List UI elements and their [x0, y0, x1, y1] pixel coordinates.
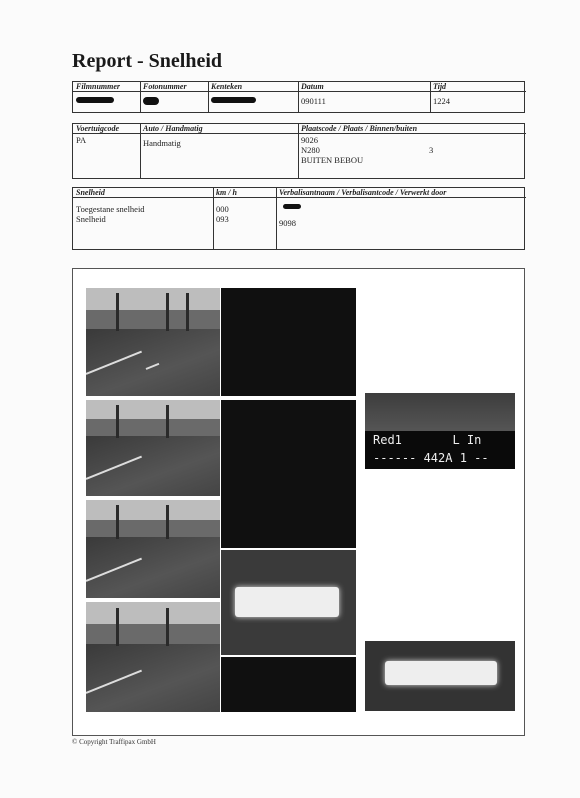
header-kenteken: Kenteken	[208, 82, 242, 92]
copyright: © Copyright Traffipax GmbH	[72, 738, 156, 746]
plate-crop-2	[365, 641, 515, 711]
license-plate-1	[235, 587, 339, 617]
vehicle-location-table: Voertuigcode Auto / Handmatig Plaatscode…	[72, 123, 525, 179]
plate-crop-1	[221, 550, 356, 655]
kenteken-redacted	[208, 94, 256, 105]
header-auto-handmatig: Auto / Handmatig	[140, 124, 203, 134]
speed-label: Snelheid	[73, 214, 106, 224]
plaatscode-value: 9026	[298, 135, 318, 145]
camera-photo-2	[86, 400, 220, 496]
tijd-value: 1224	[430, 96, 450, 106]
film-info-table: Filmnummer Fotonummer Kenteken Datum Tij…	[72, 81, 525, 113]
binnen-buiten-value: BUITEN BEBOU	[298, 155, 363, 165]
camera-photo-4	[86, 602, 220, 712]
fotonummer-redacted	[140, 94, 159, 107]
dark-frame-3	[221, 657, 356, 712]
filmnummer-redacted	[73, 94, 114, 105]
header-datum: Datum	[298, 82, 324, 92]
dark-frame-1	[221, 288, 356, 396]
plaats-extra-value: 3	[426, 145, 433, 155]
page-title: Report - Snelheid	[72, 50, 222, 73]
camera-photo-1	[86, 288, 220, 396]
header-verbalisant: Verbalisantnaam / Verbalisantcode / Verw…	[276, 188, 446, 198]
camera-photo-3	[86, 500, 220, 598]
datum-value: 090111	[298, 96, 326, 106]
auto-handmatig-value: Handmatig	[140, 138, 181, 148]
ocr-line-1: Red1 L In	[373, 431, 515, 449]
header-kmh: km / h	[213, 188, 237, 198]
allowed-speed-label: Toegestane snelheid	[73, 204, 145, 214]
header-plaatscode: Plaatscode / Plaats / Binnen/buiten	[298, 124, 417, 134]
header-tijd: Tijd	[430, 82, 446, 92]
speed-value: 093	[213, 214, 229, 224]
dark-frame-2	[221, 400, 356, 548]
ocr-readout: Red1 L In------ 442A 1 --	[365, 431, 515, 469]
allowed-speed-value: 000	[213, 204, 229, 214]
plaats-value: N280	[298, 145, 320, 155]
voertuigcode-value: PA	[73, 135, 86, 145]
license-plate-2	[385, 661, 497, 685]
ocr-line-2: ------ 442A 1 --	[373, 449, 515, 467]
ocr-crop: Red1 L In------ 442A 1 --	[365, 393, 515, 503]
speed-table: Snelheid km / h Verbalisantnaam / Verbal…	[72, 187, 525, 250]
verbalisant-name-redacted	[280, 201, 301, 211]
verbalisant-code-value: 9098	[276, 218, 296, 228]
header-fotonummer: Fotonummer	[140, 82, 187, 92]
